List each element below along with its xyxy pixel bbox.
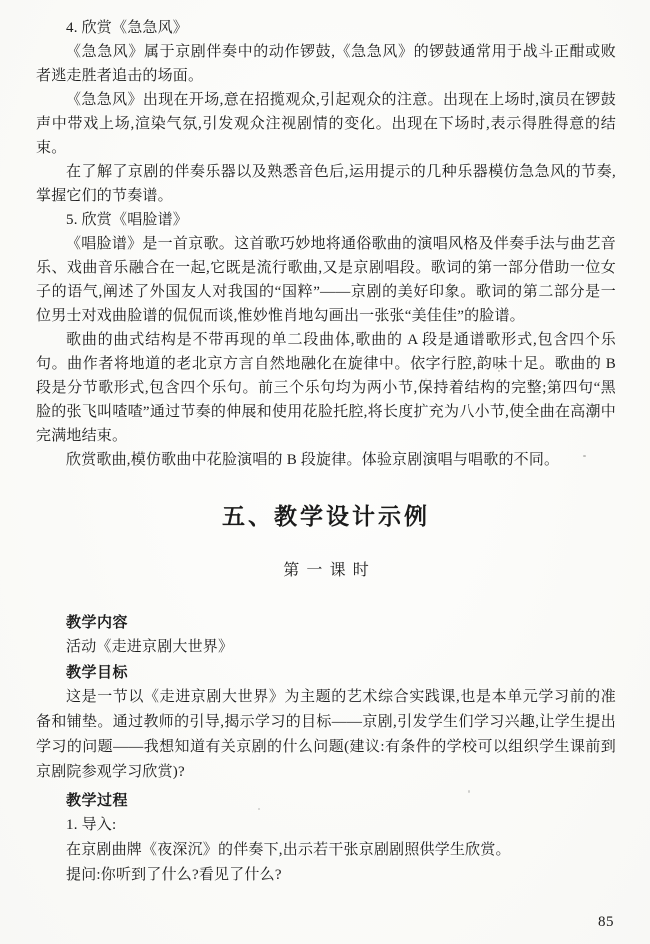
- lesson-goals-paragraph: 这是一节以《走进京剧大世界》为主题的艺术综合实践课,也是本单元学习前的准备和铺垫…: [36, 685, 616, 785]
- paragraph-jijifeng-2: 《急急风》出现在开场,意在招揽观众,引起观众的注意。出现在上场时,演员在锣鼓声中…: [36, 88, 616, 160]
- lesson-heading-process: 教学过程: [36, 788, 616, 813]
- list-item-5-title: 5. 欣赏《唱脸谱》: [36, 208, 616, 232]
- scan-speck: [258, 808, 260, 810]
- section-heading: 五、教学设计示例: [36, 500, 616, 534]
- paragraph-jijifeng-1: 《急急风》属于京剧伴奏中的动作锣鼓,《急急风》的锣鼓通常用于战斗正酣或败者逃走胜…: [36, 40, 616, 88]
- scan-speck: [498, 370, 500, 372]
- paragraph-changlianpu-3: 欣赏歌曲,模仿歌曲中花脸演唱的 B 段旋律。体验京剧演唱与唱歌的不同。: [36, 448, 616, 472]
- unit-appreciation-section: 4. 欣赏《急急风》 《急急风》属于京剧伴奏中的动作锣鼓,《急急风》的锣鼓通常用…: [36, 16, 616, 472]
- lesson-heading-goals: 教学目标: [36, 660, 616, 685]
- scan-speck: [468, 790, 470, 793]
- lesson-title: 第一课时: [36, 558, 616, 584]
- scan-speck: [425, 378, 427, 380]
- lesson-step-1-question: 提问:你听到了什么?看见了什么?: [36, 863, 616, 888]
- document-page: 4. 欣赏《急急风》 《急急风》属于京剧伴奏中的动作锣鼓,《急急风》的锣鼓通常用…: [0, 0, 650, 944]
- lesson-step-1-text: 在京剧曲牌《夜深沉》的伴奏下,出示若干张京剧剧照供学生欣赏。: [36, 838, 616, 863]
- paragraph-jijifeng-3: 在了解了京剧的伴奏乐器以及熟悉音色后,运用提示的几种乐器模仿急急风的节奏,掌握它…: [36, 160, 616, 208]
- paragraph-changlianpu-1: 《唱脸谱》是一首京歌。这首歌巧妙地将通俗歌曲的演唱风格及伴奏手法与曲艺音乐、戏曲…: [36, 232, 616, 328]
- paragraph-changlianpu-2: 歌曲的曲式结构是不带再现的单二段曲体,歌曲的 A 段是通谱歌形式,包含四个乐句。…: [36, 328, 616, 448]
- scan-speck: [583, 455, 586, 457]
- lesson-step-1-label: 1. 导入:: [36, 813, 616, 838]
- lesson-heading-content: 教学内容: [36, 610, 616, 635]
- page-number: 85: [598, 914, 614, 931]
- lesson-content-activity: 活动《走进京剧大世界》: [36, 635, 616, 660]
- lesson-plan-section: 教学内容 活动《走进京剧大世界》 教学目标 这是一节以《走进京剧大世界》为主题的…: [36, 610, 616, 888]
- list-item-4-title: 4. 欣赏《急急风》: [36, 16, 616, 40]
